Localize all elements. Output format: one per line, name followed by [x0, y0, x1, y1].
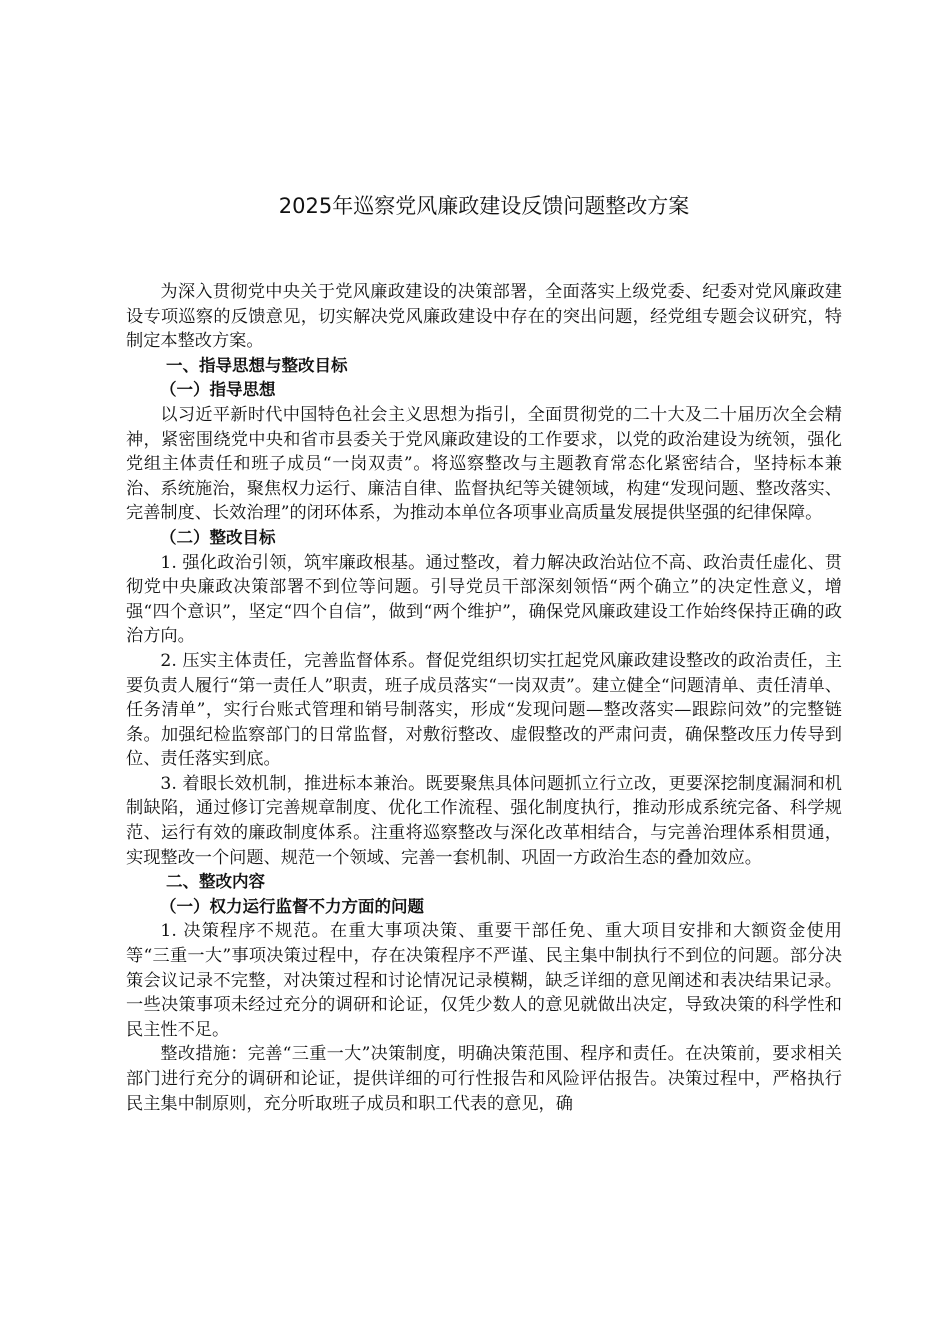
guiding-thought-paragraph: 以习近平新时代中国特色社会主义思想为指引，全面贯彻党的二十大及二十届历次全会精神… [126, 403, 842, 526]
goal-item-3: 3. 着眼长效机制，推进标本兼治。既要聚焦具体问题抓立行立改，更要深挖制度漏洞和… [126, 772, 842, 870]
subsection-heading-2-1: （一）权力运行监督不力方面的问题 [126, 895, 842, 920]
issue-item-1: 1. 决策程序不规范。在重大事项决策、重要干部任免、重大项目安排和大额资金使用等… [126, 919, 842, 1042]
document-body: 为深入贯彻党中央关于党风廉政建设的决策部署，全面落实上级党委、纪委对党风廉政建设… [126, 280, 842, 1116]
subsection-heading-1-2: （二）整改目标 [126, 526, 842, 551]
subsection-heading-1-1: （一）指导思想 [126, 378, 842, 403]
goal-item-1: 1. 强化政治引领，筑牢廉政根基。通过整改，着力解决政治站位不高、政治责任虚化、… [126, 551, 842, 649]
document-title: 2025年巡察党风廉政建设反馈问题整改方案 [126, 190, 842, 220]
section-heading-2: 二、整改内容 [126, 870, 842, 895]
intro-paragraph: 为深入贯彻党中央关于党风廉政建设的决策部署，全面落实上级党委、纪委对党风廉政建设… [126, 280, 842, 354]
section-heading-1: 一、指导思想与整改目标 [126, 354, 842, 379]
goal-item-2: 2. 压实主体责任，完善监督体系。督促党组织切实扛起党风廉政建设整改的政治责任，… [126, 649, 842, 772]
rectification-measures: 整改措施：完善“三重一大”决策制度，明确决策范围、程序和责任。在决策前，要求相关… [126, 1042, 842, 1116]
